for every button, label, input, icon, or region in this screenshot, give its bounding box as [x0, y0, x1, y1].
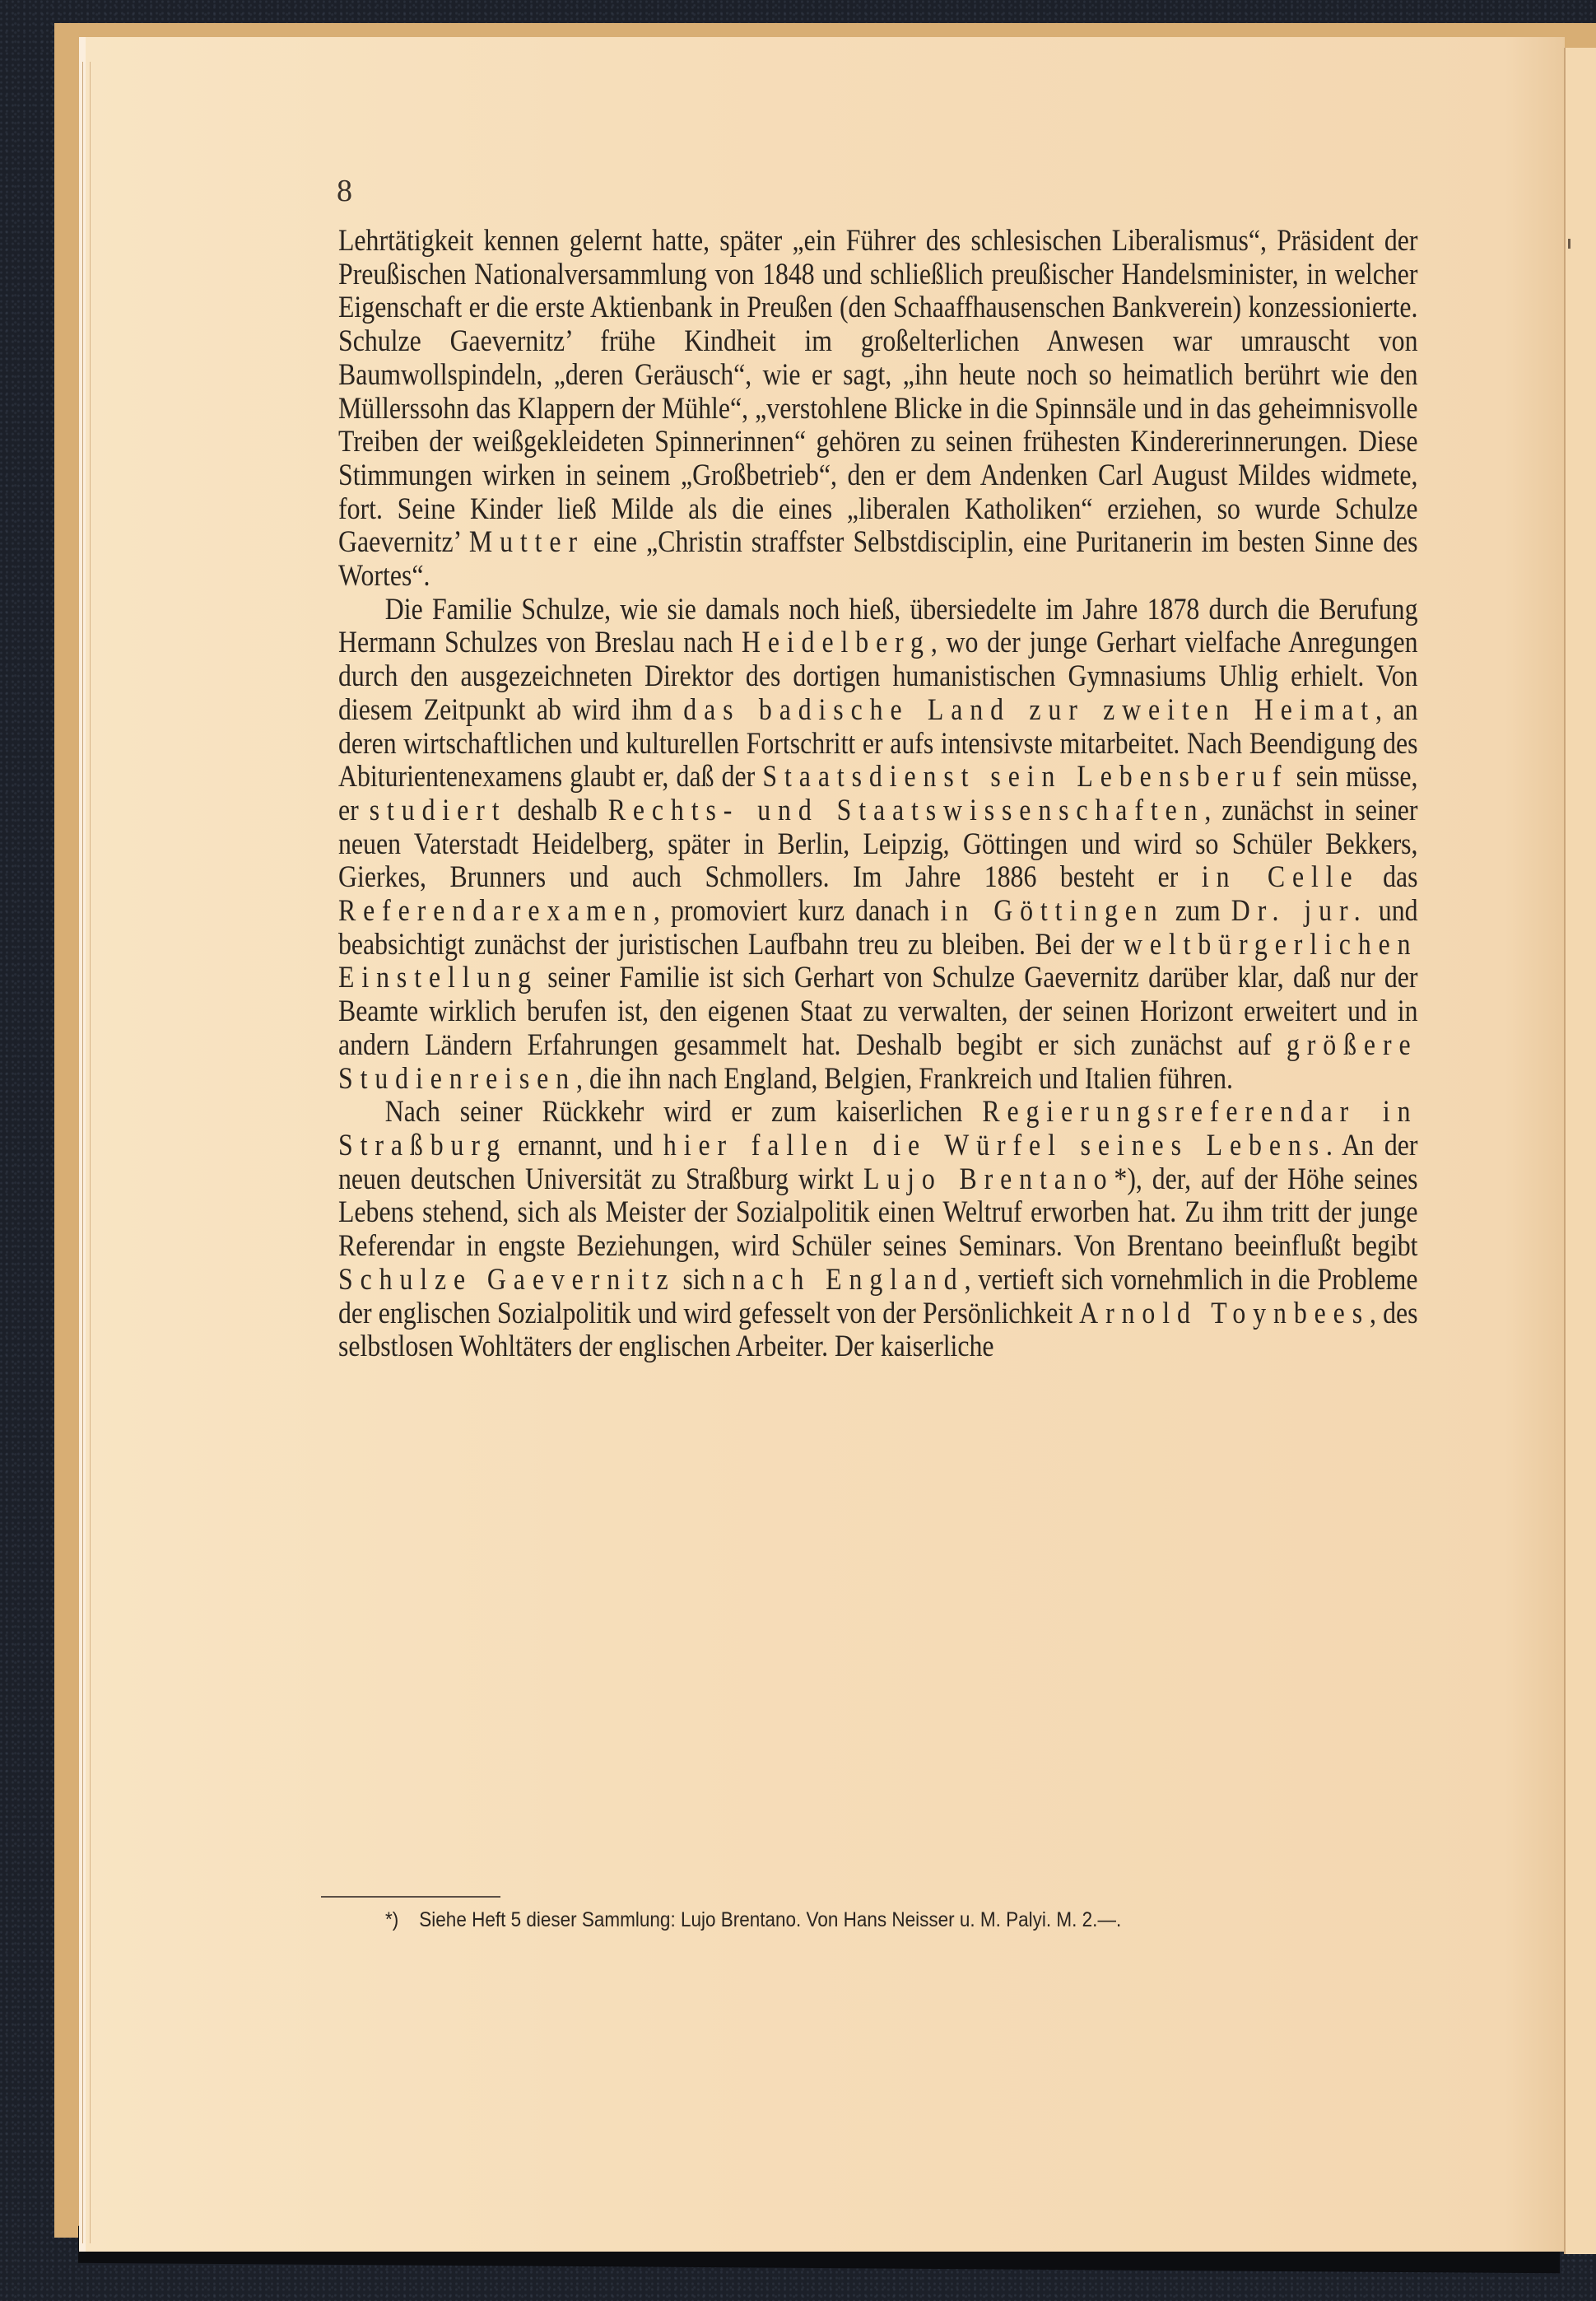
emphasized-text: studiert	[370, 794, 507, 827]
text-run: , promoviert kurz danach	[654, 894, 941, 928]
body-text: Lehrtätigkeit kennen gelernt hatte, spät…	[338, 225, 1418, 1364]
text-run: sich	[676, 1263, 733, 1297]
paragraph: Die Familie Schulze, wie sie damals noch…	[338, 594, 1418, 1097]
emphasized-text: Lujo Brentano	[863, 1162, 1114, 1196]
next-page-sliver	[1564, 48, 1596, 2254]
text-run: , die ihn nach England, Belgien, Frankre…	[576, 1062, 1233, 1096]
footnote: *) Siehe Heft 5 dieser Sammlung: Lujo Br…	[385, 1908, 1121, 1932]
emphasized-text: Referendarexamen	[338, 894, 654, 928]
text-run: zum	[1165, 894, 1231, 928]
emphasized-text: Mutter	[469, 525, 584, 559]
emphasized-text: Staatsdienst sein Lebensberuf	[762, 760, 1288, 794]
text-run: Lehrtätigkeit kennen gelernt hatte, spät…	[338, 224, 1418, 559]
paragraph: Lehrtätigkeit kennen gelernt hatte, spät…	[338, 225, 1418, 594]
emphasized-text: Arnold Toynbees	[1079, 1297, 1370, 1330]
footnote-text: Siehe Heft 5 dieser Sammlung: Lujo Brent…	[419, 1908, 1121, 1931]
page-stack-edge	[82, 62, 91, 2243]
paragraph: Nach seiner Rückkehr wird er zum kaiserl…	[338, 1096, 1418, 1364]
emphasized-text: in Göttingen	[941, 894, 1165, 928]
footnote-marker: *)	[385, 1908, 398, 1931]
emphasized-text: Heidelberg	[742, 626, 931, 659]
emphasized-text: Schulze Gaevernitz	[338, 1263, 676, 1297]
text-run: das	[1360, 860, 1418, 894]
emphasized-text: hier fallen die Würfel seines Lebens	[663, 1129, 1326, 1162]
text-run: Nach seiner Rückkehr wird er zum kaiserl…	[385, 1095, 983, 1129]
text-run: deshalb	[506, 794, 607, 827]
footnote-rule	[321, 1896, 500, 1898]
margin-mark	[1568, 239, 1570, 249]
text-run: ernannt, und	[507, 1129, 663, 1162]
emphasized-text: in Celle	[1202, 860, 1360, 894]
emphasized-text: Dr. jur.	[1231, 894, 1368, 928]
emphasized-text: nach England	[733, 1263, 965, 1297]
page-number: 8	[337, 173, 352, 209]
emphasized-text: Rechts- und Staatswissenschaften	[608, 794, 1205, 827]
emphasized-text: das badische Land zur zweiten Heimat	[683, 693, 1375, 727]
